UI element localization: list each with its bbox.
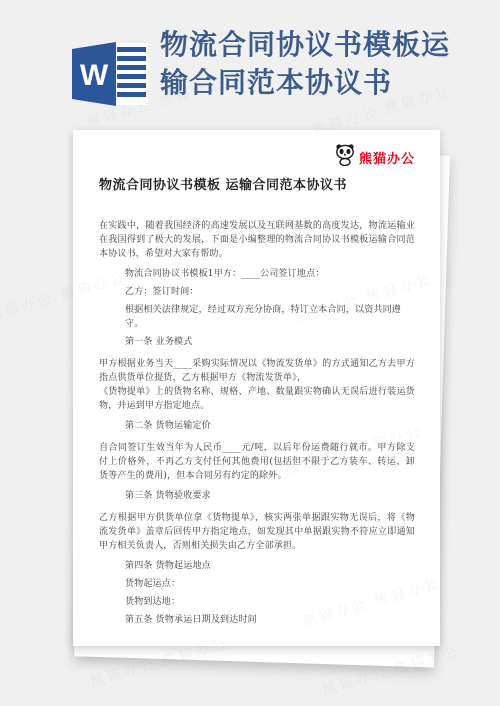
doc-paragraph: 在实践中，随着我国经济的高速发展以及互联网基数的高度发达，物流运输业在我国得到了… [99,219,415,261]
doc-clause-heading: 第二条 货物运输定价 [99,419,415,433]
doc-paragraph: 乙方根据甲方供货单位拿《货物提单》，核实两张单据跟实物无误后，将《物流发货单》盖… [99,511,415,553]
page-title: 物流合同协议书模板运 输合同范本协议书 [160,26,470,102]
doc-clause-heading: 第四条 货物起运地点 [99,559,415,573]
doc-clause-heading: 第三条 货物验收要求 [99,489,415,503]
doc-paragraph: 甲方根据业务当天____采购实际情况以《物流发货单》的方式通知乙方去甲方指点供货… [99,357,415,385]
doc-paragraph: 物流合同协议书模板1甲方：____公司签订地点： [99,267,415,281]
doc-clause-heading: 第五条 货物承运日期及到达时间 [99,613,415,627]
brand-logo: 熊猫办公 [99,146,415,168]
doc-paragraph: 乙方：签订时间： [99,285,415,299]
document-body: 在实践中，随着我国经济的高速发展以及互联网基数的高度发达，物流运输业在我国得到了… [99,219,415,627]
page-title-line1: 物流合同协议书模板运 [160,26,470,64]
doc-paragraph: 根据相关法律规定，经过双方充分协商，特订立本合同，以资共同遵守。 [99,303,415,331]
doc-paragraph: 自合同签订生效当年为人民币____元/吨，以后年份运费随行就市。甲方除支付上价格… [99,441,415,483]
page-background: 熊猫办公 熊猫办公 熊猫办公 熊猫办公 熊猫办公 熊猫办公 熊猫办公 熊猫办公 … [0,0,500,706]
header: W 物流合同协议书模板运 输合同范本协议书 [0,0,500,130]
doc-paragraph: 货物到达地： [99,595,415,609]
doc-paragraph: 货物起运点： [99,577,415,591]
svg-text:W: W [80,59,109,92]
brand-name: 熊猫办公 [359,148,415,167]
page-title-line2: 输合同范本协议书 [160,64,470,102]
panda-icon [335,144,355,170]
ms-word-icon: W [70,40,150,112]
doc-clause-heading: 第一条 业务模式 [99,335,415,349]
document-page: 熊猫办公 物流合同协议书模板 运输合同范本协议书 在实践中，随着我国经济的高速发… [73,130,440,646]
doc-paragraph: 《货物提单》上的货物名称、规格、产地、数量跟实物确认无误后进行装运货物，并运到甲… [99,385,415,413]
document-title: 物流合同协议书模板 运输合同范本协议书 [99,174,415,193]
